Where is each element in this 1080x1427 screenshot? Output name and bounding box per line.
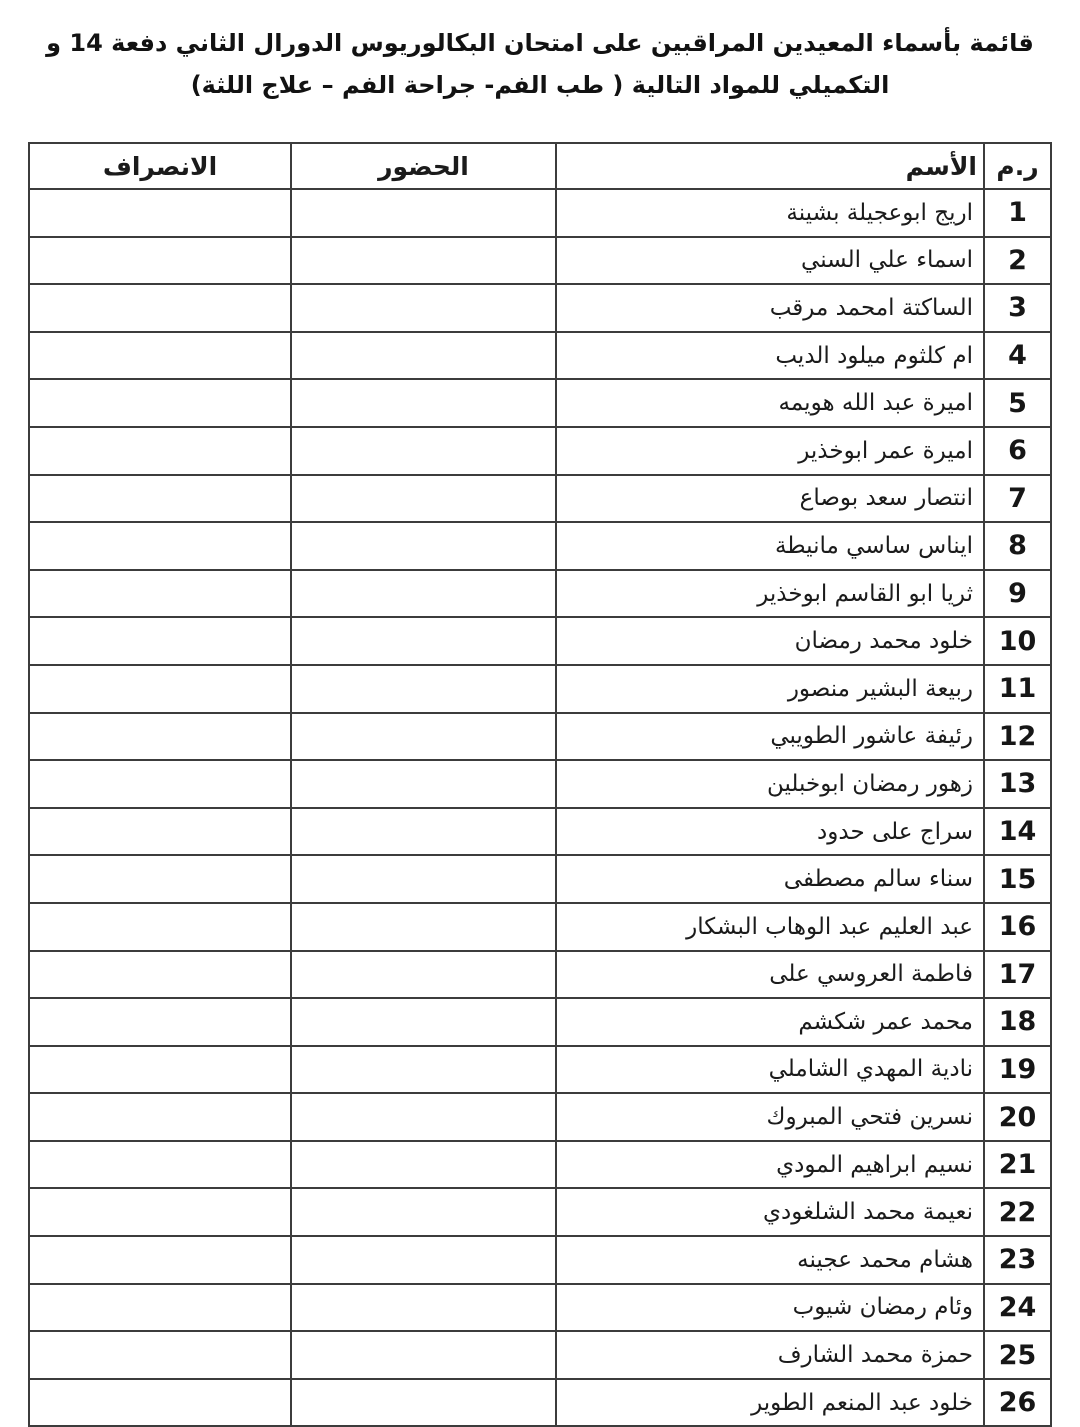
departure-cell bbox=[29, 903, 291, 951]
row-number: 23 bbox=[984, 1236, 1051, 1284]
attendance-cell bbox=[291, 570, 556, 618]
departure-cell bbox=[29, 760, 291, 808]
attendance-cell bbox=[291, 760, 556, 808]
invigilator-name: خلود عبد المنعم الطوير bbox=[556, 1379, 984, 1427]
departure-cell bbox=[29, 1188, 291, 1236]
departure-cell bbox=[29, 1379, 291, 1427]
attendance-cell bbox=[291, 1188, 556, 1236]
invigilator-name: محمد عمر شكشم bbox=[556, 998, 984, 1046]
table-row: 11ربيعة البشير منصور bbox=[29, 665, 1051, 713]
table-row: 5اميرة عبد الله هويمه bbox=[29, 379, 1051, 427]
table-row: 20نسرين فتحي المبروك bbox=[29, 1093, 1051, 1141]
table-row: 4ام كلثوم ميلود الديب bbox=[29, 332, 1051, 380]
departure-cell bbox=[29, 855, 291, 903]
invigilator-name: ايناس ساسي مانيطة bbox=[556, 522, 984, 570]
departure-cell bbox=[29, 522, 291, 570]
table-row: 19نادية المهدي الشاملي bbox=[29, 1046, 1051, 1094]
table-row: 24وئام رمضان شيوب bbox=[29, 1284, 1051, 1332]
departure-cell bbox=[29, 332, 291, 380]
invigilator-name: سناء سالم مصطفى bbox=[556, 855, 984, 903]
table-row: 22نعيمة محمد الشلغودي bbox=[29, 1188, 1051, 1236]
header-name: الأسم bbox=[556, 143, 984, 189]
attendance-cell bbox=[291, 379, 556, 427]
row-number: 2 bbox=[984, 237, 1051, 285]
invigilator-name: اميرة عمر ابوخذير bbox=[556, 427, 984, 475]
attendance-cell bbox=[291, 617, 556, 665]
invigilator-name: نادية المهدي الشاملي bbox=[556, 1046, 984, 1094]
attendance-cell bbox=[291, 951, 556, 999]
attendance-cell bbox=[291, 1141, 556, 1189]
departure-cell bbox=[29, 475, 291, 523]
invigilator-name: نسيم ابراهيم المودي bbox=[556, 1141, 984, 1189]
attendance-cell bbox=[291, 665, 556, 713]
departure-cell bbox=[29, 1141, 291, 1189]
attendance-cell bbox=[291, 903, 556, 951]
table-row: 18محمد عمر شكشم bbox=[29, 998, 1051, 1046]
departure-cell bbox=[29, 998, 291, 1046]
table-row: 8ايناس ساسي مانيطة bbox=[29, 522, 1051, 570]
row-number: 1 bbox=[984, 189, 1051, 237]
table-row: 10خلود محمد رمضان bbox=[29, 617, 1051, 665]
attendance-cell bbox=[291, 808, 556, 856]
header-departure: الانصراف bbox=[29, 143, 291, 189]
invigilator-name: انتصار سعد بوصاع bbox=[556, 475, 984, 523]
table-row: 6اميرة عمر ابوخذير bbox=[29, 427, 1051, 475]
attendance-cell bbox=[291, 1379, 556, 1427]
row-number: 16 bbox=[984, 903, 1051, 951]
table-row: 16عبد العليم عبد الوهاب البشكار bbox=[29, 903, 1051, 951]
departure-cell bbox=[29, 1331, 291, 1379]
row-number: 17 bbox=[984, 951, 1051, 999]
attendance-cell bbox=[291, 284, 556, 332]
title-line-1: قائمة بأسماء المعيدين المراقبين على امتح… bbox=[0, 22, 1080, 64]
invigilator-name: ام كلثوم ميلود الديب bbox=[556, 332, 984, 380]
attendance-cell bbox=[291, 1046, 556, 1094]
invigilators-table: ر.م الأسم الحضور الانصراف 1اريج ابوعجيلة… bbox=[28, 142, 1052, 1427]
row-number: 24 bbox=[984, 1284, 1051, 1332]
invigilator-name: وئام رمضان شيوب bbox=[556, 1284, 984, 1332]
invigilator-name: خلود محمد رمضان bbox=[556, 617, 984, 665]
row-number: 7 bbox=[984, 475, 1051, 523]
row-number: 10 bbox=[984, 617, 1051, 665]
invigilator-name: اريج ابوعجيلة بشينة bbox=[556, 189, 984, 237]
row-number: 12 bbox=[984, 713, 1051, 761]
table-row: 23هشام محمد عجينه bbox=[29, 1236, 1051, 1284]
title-line-2: التكميلي للمواد التالية ( طب الفم- جراحة… bbox=[0, 64, 1080, 106]
table-row: 13زهور رمضان ابوخبلين bbox=[29, 760, 1051, 808]
header-attendance: الحضور bbox=[291, 143, 556, 189]
invigilator-name: عبد العليم عبد الوهاب البشكار bbox=[556, 903, 984, 951]
departure-cell bbox=[29, 237, 291, 285]
invigilator-name: رئيفة عاشور الطويبي bbox=[556, 713, 984, 761]
table-row: 14سراج على حدود bbox=[29, 808, 1051, 856]
row-number: 21 bbox=[984, 1141, 1051, 1189]
table-row: 12رئيفة عاشور الطويبي bbox=[29, 713, 1051, 761]
row-number: 5 bbox=[984, 379, 1051, 427]
invigilator-name: الساكتة امحمد مرقب bbox=[556, 284, 984, 332]
invigilator-name: فاطمة العروسي على bbox=[556, 951, 984, 999]
departure-cell bbox=[29, 1284, 291, 1332]
row-number: 11 bbox=[984, 665, 1051, 713]
attendance-cell bbox=[291, 332, 556, 380]
attendance-cell bbox=[291, 713, 556, 761]
table-row: 2اسماء علي السني bbox=[29, 237, 1051, 285]
invigilator-name: نعيمة محمد الشلغودي bbox=[556, 1188, 984, 1236]
departure-cell bbox=[29, 284, 291, 332]
row-number: 6 bbox=[984, 427, 1051, 475]
row-number: 19 bbox=[984, 1046, 1051, 1094]
departure-cell bbox=[29, 1093, 291, 1141]
row-number: 14 bbox=[984, 808, 1051, 856]
row-number: 13 bbox=[984, 760, 1051, 808]
departure-cell bbox=[29, 570, 291, 618]
invigilator-name: سراج على حدود bbox=[556, 808, 984, 856]
invigilator-name: اميرة عبد الله هويمه bbox=[556, 379, 984, 427]
attendance-cell bbox=[291, 189, 556, 237]
invigilator-name: زهور رمضان ابوخبلين bbox=[556, 760, 984, 808]
row-number: 9 bbox=[984, 570, 1051, 618]
departure-cell bbox=[29, 713, 291, 761]
table-row: 15سناء سالم مصطفى bbox=[29, 855, 1051, 903]
attendance-cell bbox=[291, 522, 556, 570]
table-row: 3الساكتة امحمد مرقب bbox=[29, 284, 1051, 332]
attendance-cell bbox=[291, 1093, 556, 1141]
invigilator-name: نسرين فتحي المبروك bbox=[556, 1093, 984, 1141]
row-number: 20 bbox=[984, 1093, 1051, 1141]
invigilator-name: اسماء علي السني bbox=[556, 237, 984, 285]
departure-cell bbox=[29, 617, 291, 665]
invigilator-name: هشام محمد عجينه bbox=[556, 1236, 984, 1284]
row-number: 8 bbox=[984, 522, 1051, 570]
invigilator-name: حمزة محمد الشارف bbox=[556, 1331, 984, 1379]
table-row: 7انتصار سعد بوصاع bbox=[29, 475, 1051, 523]
attendance-cell bbox=[291, 998, 556, 1046]
departure-cell bbox=[29, 1236, 291, 1284]
attendance-cell bbox=[291, 1236, 556, 1284]
row-number: 4 bbox=[984, 332, 1051, 380]
departure-cell bbox=[29, 665, 291, 713]
table-row: 17فاطمة العروسي على bbox=[29, 951, 1051, 999]
departure-cell bbox=[29, 189, 291, 237]
invigilator-name: ثريا ابو القاسم ابوخذير bbox=[556, 570, 984, 618]
header-row: ر.م الأسم الحضور الانصراف bbox=[29, 143, 1051, 189]
invigilator-name: ربيعة البشير منصور bbox=[556, 665, 984, 713]
table-row: 26خلود عبد المنعم الطوير bbox=[29, 1379, 1051, 1427]
header-number: ر.م bbox=[984, 143, 1051, 189]
table-row: 1اريج ابوعجيلة بشينة bbox=[29, 189, 1051, 237]
row-number: 22 bbox=[984, 1188, 1051, 1236]
departure-cell bbox=[29, 808, 291, 856]
row-number: 25 bbox=[984, 1331, 1051, 1379]
row-number: 26 bbox=[984, 1379, 1051, 1427]
row-number: 18 bbox=[984, 998, 1051, 1046]
table-row: 25حمزة محمد الشارف bbox=[29, 1331, 1051, 1379]
attendance-cell bbox=[291, 1284, 556, 1332]
row-number: 3 bbox=[984, 284, 1051, 332]
attendance-cell bbox=[291, 475, 556, 523]
attendance-cell bbox=[291, 1331, 556, 1379]
departure-cell bbox=[29, 951, 291, 999]
table-row: 21نسيم ابراهيم المودي bbox=[29, 1141, 1051, 1189]
row-number: 15 bbox=[984, 855, 1051, 903]
departure-cell bbox=[29, 1046, 291, 1094]
document-title: قائمة بأسماء المعيدين المراقبين على امتح… bbox=[0, 22, 1080, 106]
attendance-cell bbox=[291, 427, 556, 475]
attendance-cell bbox=[291, 237, 556, 285]
attendance-cell bbox=[291, 855, 556, 903]
departure-cell bbox=[29, 427, 291, 475]
departure-cell bbox=[29, 379, 291, 427]
table-row: 9ثريا ابو القاسم ابوخذير bbox=[29, 570, 1051, 618]
